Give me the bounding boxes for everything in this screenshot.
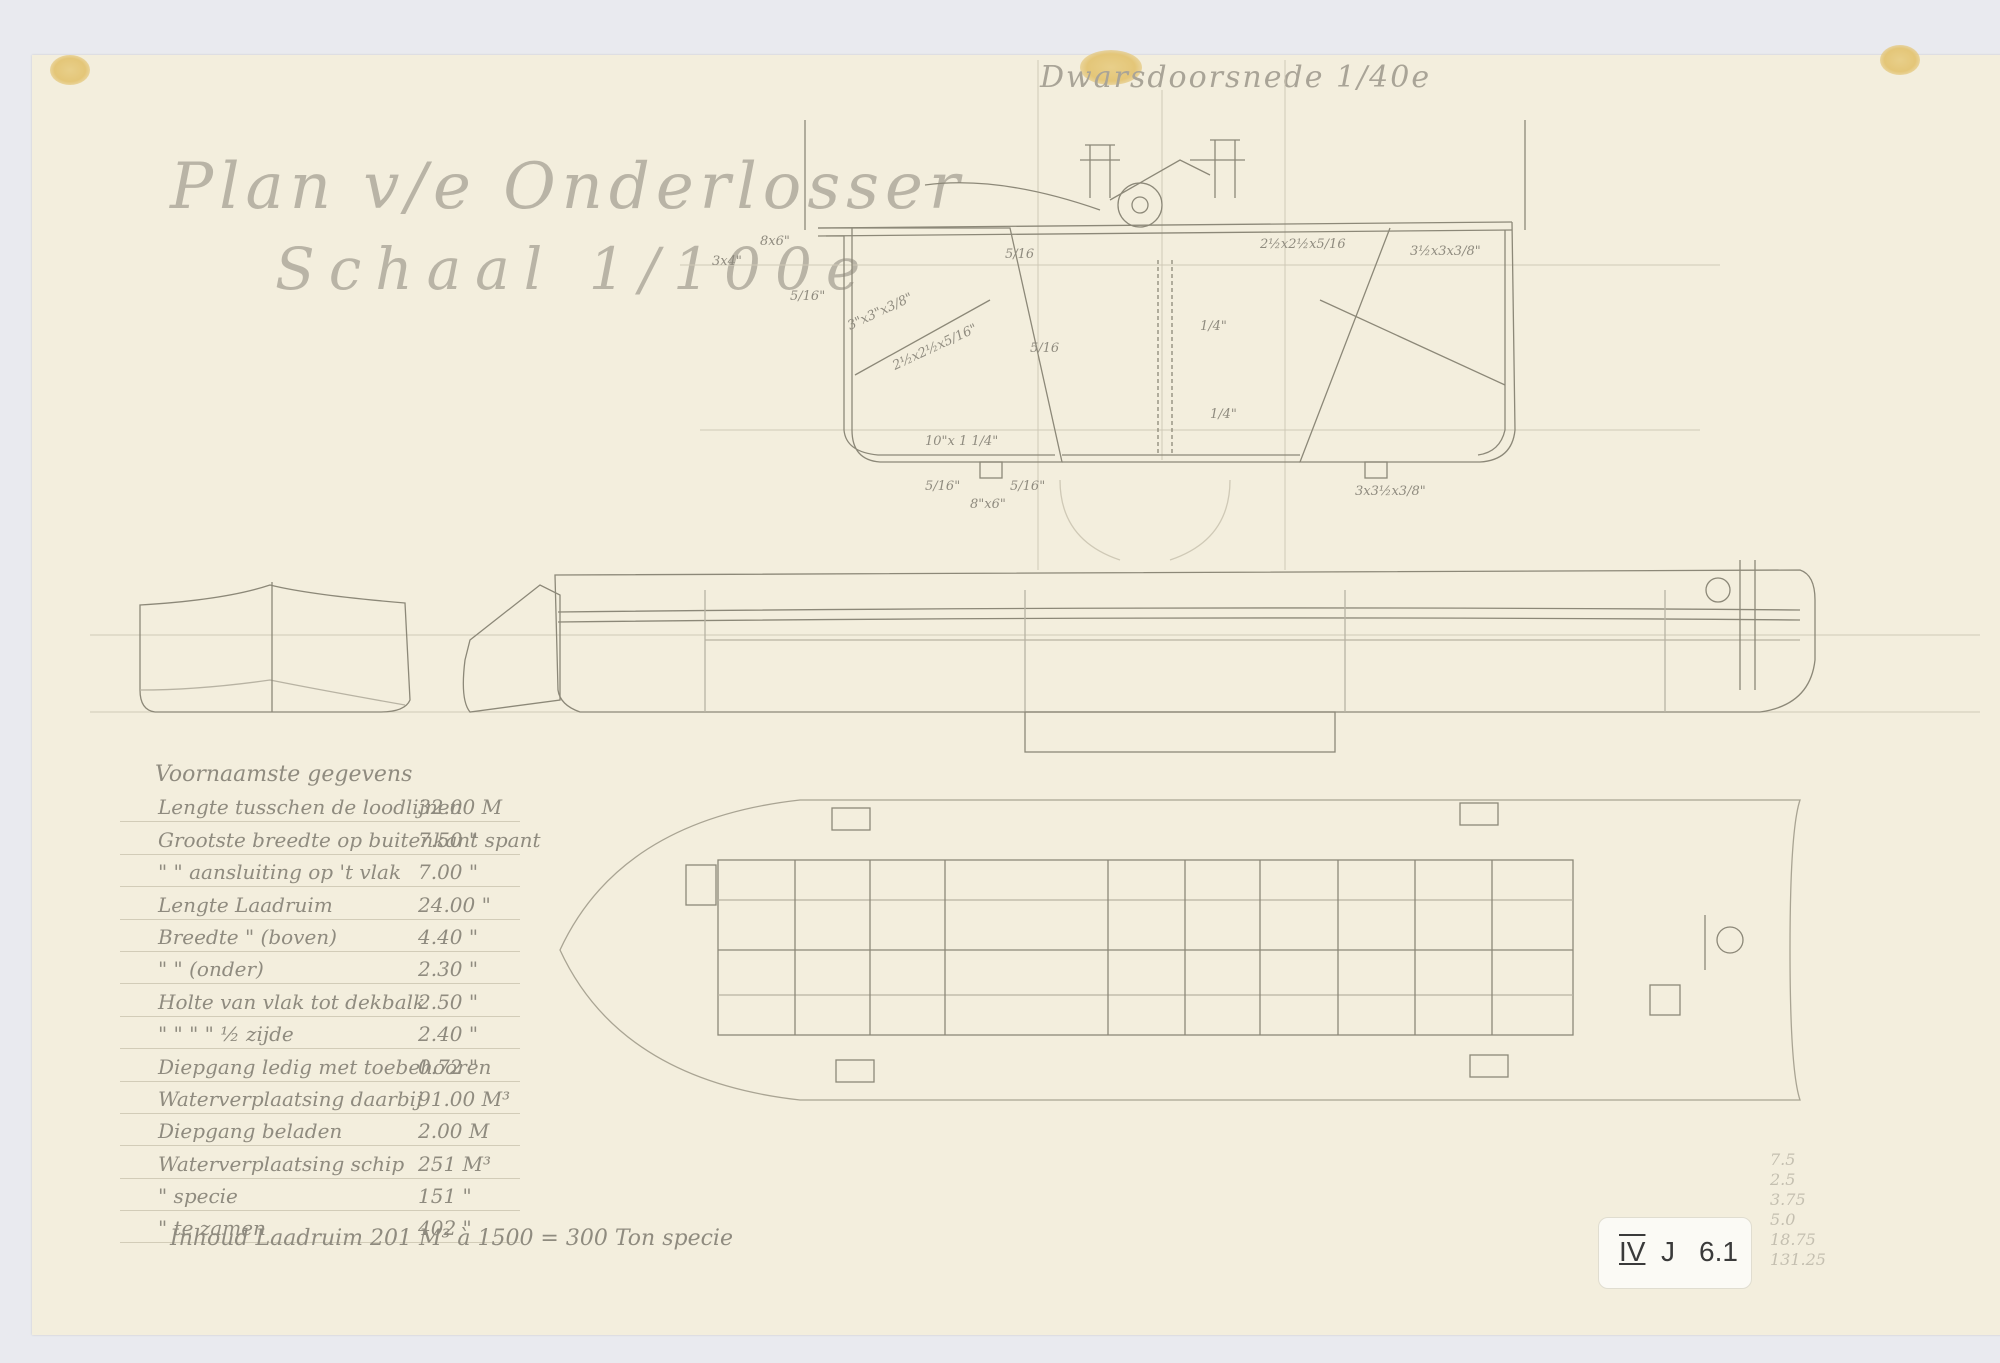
svg-text:8"x6": 8"x6" xyxy=(970,497,1006,512)
spec-row: Diepgang beladen2.00 M xyxy=(120,1114,520,1146)
spec-row: " " (onder)2.30 " xyxy=(120,952,520,984)
capacity-summary: Inhoud Laadruim 201 M³ à 1500 = 300 Ton … xyxy=(170,1226,733,1251)
svg-text:1/4": 1/4" xyxy=(1200,319,1227,334)
spec-row: Waterverplaatsing daarbij91.00 M³ xyxy=(120,1082,520,1114)
svg-text:3½x3x3/8": 3½x3x3/8" xyxy=(1410,244,1481,259)
body-plan-view xyxy=(140,582,410,712)
svg-text:5/16": 5/16" xyxy=(790,289,825,304)
spec-row: Lengte tusschen de loodlijnen32.00 M xyxy=(120,790,520,822)
svg-text:2½x2½x5/16: 2½x2½x5/16 xyxy=(1259,237,1346,252)
svg-text:3"x3"x3/8": 3"x3"x3/8" xyxy=(845,290,915,333)
spec-row: " " aansluiting op 't vlak7.00 " xyxy=(120,855,520,887)
spec-row: " specie151 " xyxy=(120,1179,520,1211)
spec-row: Waterverplaatsing schip251 M³ xyxy=(120,1146,520,1178)
side-elevation-view xyxy=(555,560,1815,752)
deck-plan-view xyxy=(560,800,1800,1100)
rudder xyxy=(463,585,560,712)
spec-row: Breedte " (boven)4.40 " xyxy=(120,920,520,952)
svg-text:8x6": 8x6" xyxy=(760,234,790,249)
svg-text:3x4": 3x4" xyxy=(712,254,742,269)
svg-text:1/4": 1/4" xyxy=(1210,407,1237,422)
specifications-heading: Voornaamste gegevens xyxy=(155,762,412,787)
specifications-table: Lengte tusschen de loodlijnen32.00 M Gro… xyxy=(120,790,520,1243)
svg-text:5/16: 5/16 xyxy=(1005,247,1034,262)
spec-row: Grootste breedte op buitenkant spant7.50… xyxy=(120,822,520,854)
svg-text:10"x 1 1/4": 10"x 1 1/4" xyxy=(925,434,998,449)
svg-text:3x3½x3/8": 3x3½x3/8" xyxy=(1355,484,1426,499)
svg-text:5/16": 5/16" xyxy=(1010,479,1045,494)
svg-text:5/16: 5/16 xyxy=(1030,341,1059,356)
spec-row: Holte van vlak tot dekbalk2.50 " xyxy=(120,984,520,1016)
catalog-label: IV J 6.1 xyxy=(1598,1217,1752,1289)
margin-calculation: 7.5 2.5 3.75 5.0 18.75 131.25 xyxy=(1770,1150,1826,1270)
spec-row: Diepgang ledig met toebehooren0.72 " xyxy=(120,1049,520,1081)
spec-row: Lengte Laadruim24.00 " xyxy=(120,887,520,919)
svg-text:5/16": 5/16" xyxy=(925,479,960,494)
spec-row: " " " " ½ zijde2.40 " xyxy=(120,1017,520,1049)
